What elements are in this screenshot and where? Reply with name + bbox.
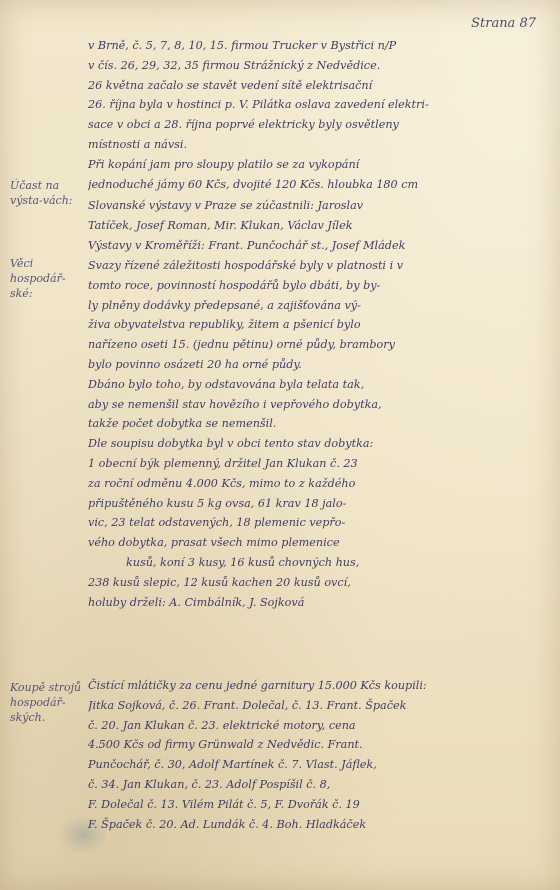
text-line: 1 obecní býk plemenný, držitel Jan Kluka… — [88, 454, 524, 474]
text-line: vic, 23 telat odstavených, 18 plemenic v… — [88, 513, 524, 533]
margin-note-machines: Koupě strojů hospodář-ských. — [10, 680, 82, 725]
text-line: Dle soupisu dobytka byl v obci tento sta… — [88, 434, 524, 454]
page-number: Strana 87 — [471, 16, 536, 31]
section-exhibitions: Slovanské výstavy v Praze se zúčastnili:… — [88, 196, 524, 255]
text-line: v Brně, č. 5, 7, 8, 10, 15. firmou Truck… — [88, 36, 524, 56]
text-line: za roční odměnu 4.000 Kčs, mimo to z kaž… — [88, 474, 524, 494]
text-line: Slovanské výstavy v Praze se zúčastnili:… — [88, 196, 524, 216]
text-line: místnosti a návsi. — [88, 135, 524, 155]
text-line: kusů, koní 3 kusy, 16 kusů chovných hus, — [88, 553, 524, 573]
text-line: živa obyvatelstva republiky, žitem a pše… — [88, 315, 524, 335]
text-line: Punčochář, č. 30, Adolf Martínek č. 7. V… — [88, 755, 524, 775]
section-electrification: v Brně, č. 5, 7, 8, 10, 15. firmou Truck… — [88, 36, 524, 194]
text-line: Tatíček, Josef Roman, Mir. Klukan, Václa… — [88, 216, 524, 236]
text-line: F. Špaček č. 20. Ad. Lundák č. 4. Boh. H… — [88, 815, 524, 835]
text-line: bylo povinno osázeti 20 ha orné půdy. — [88, 355, 524, 375]
text-line: sace v obci a 28. října poprvé elektrick… — [88, 115, 524, 135]
text-line: vého dobytka, prasat všech mimo plemenic… — [88, 533, 524, 553]
text-line: Výstavy v Kroměříži: Frant. Punčochář st… — [88, 236, 524, 256]
text-line: Svazy řízené záležitosti hospodářské byl… — [88, 256, 524, 276]
text-line: připuštěného kusu 5 kg ovsa, 61 krav 18 … — [88, 494, 524, 514]
section-machines: Čistící mlátičky za cenu jedné garnitury… — [88, 676, 524, 834]
text-line: 238 kusů slepic, 12 kusů kachen 20 kusů … — [88, 573, 524, 593]
text-line: č. 20. Jan Klukan č. 23. elektrické moto… — [88, 716, 524, 736]
text-line: Čistící mlátičky za cenu jedné garnitury… — [88, 676, 524, 696]
text-line: F. Dolečal č. 13. Vilém Pilát č. 5, F. D… — [88, 795, 524, 815]
margin-note-agriculture: Věci hospodář-ské: — [10, 256, 82, 301]
margin-note-exhibitions: Účast na výsta-vách: — [10, 178, 82, 208]
text-line: takže počet dobytka se nemenšil. — [88, 414, 524, 434]
text-line: nařízeno oseti 15. (jednu pětinu) orné p… — [88, 335, 524, 355]
text-line: č. 34. Jan Klukan, č. 23. Adolf Pospíšil… — [88, 775, 524, 795]
text-line: holuby drželi: A. Cimbálník, J. Sojková — [88, 593, 524, 613]
text-line: Dbáno bylo toho, by odstavována byla tel… — [88, 375, 524, 395]
text-line: Jitka Sojková, č. 26. Frant. Dolečal, č.… — [88, 696, 524, 716]
text-line: v čís. 26, 29, 32, 35 firmou Strážnický … — [88, 56, 524, 76]
text-line: jednoduché jámy 60 Kčs, dvojité 120 Kčs.… — [88, 175, 524, 195]
chronicle-page: Strana 87 Účast na výsta-vách: Věci hosp… — [0, 0, 560, 890]
text-line: 26 května začalo se stavět vedení sítě e… — [88, 76, 524, 96]
text-line: tomto roce, povinností hospodářů bylo db… — [88, 276, 524, 296]
text-line: ly plněny dodávky předepsané, a zajišťov… — [88, 296, 524, 316]
text-line: 26. října byla v hostinci p. V. Pilátka … — [88, 95, 524, 115]
text-line: 4.500 Kčs od firmy Grünwald z Nedvědic. … — [88, 735, 524, 755]
text-line: Při kopání jam pro sloupy platilo se za … — [88, 155, 524, 175]
text-line: aby se nemenšil stav hovězího i vepřovéh… — [88, 395, 524, 415]
section-agriculture: Svazy řízené záležitosti hospodářské byl… — [88, 256, 524, 612]
